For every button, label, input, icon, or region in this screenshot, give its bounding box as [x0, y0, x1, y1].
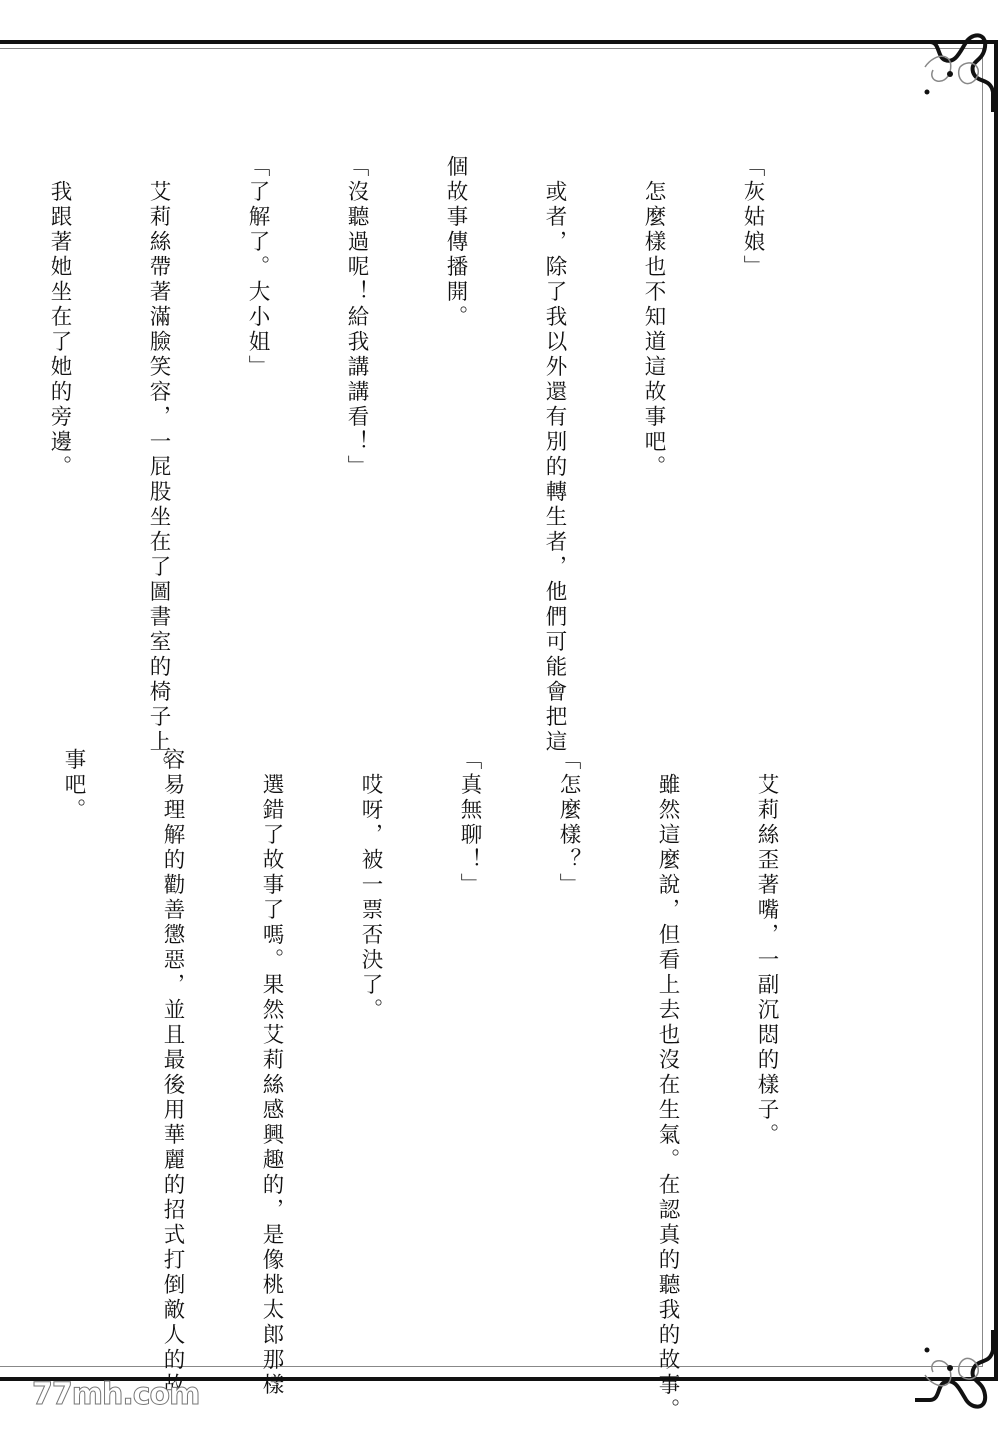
text-line: 「怎麼樣？」 [552, 748, 585, 1328]
text-line: 容易理解的勸善懲惡，並且最後用華麗的招式打倒敵人的故 [156, 748, 189, 1328]
text-line: 哎呀，被一票否決了。 [354, 748, 387, 1328]
text-line: 怎麼樣也不知道這故事吧。 [637, 155, 670, 715]
text-line: 雖然這麼說，但看上去也沒在生氣。在認真的聽我的故事。 [651, 748, 684, 1328]
text-line: 「灰姑娘」 [736, 155, 769, 715]
text-line: 「沒聽過呢！給我講講看！」 [340, 155, 373, 715]
bottom-text-block: 艾莉絲歪著嘴，一副沉悶的樣子。 雖然這麼說，但看上去也沒在生氣。在認真的聽我的故… [0, 748, 849, 1328]
text-line: 或者，除了我以外還有別的轉生者，他們可能會把這 [538, 155, 571, 715]
text-line: 艾莉絲帶著滿臉笑容，一屁股坐在了圖書室的椅子上。 [142, 155, 175, 715]
text-line: 「了解了。大小姐」 [241, 155, 274, 715]
corner-ornament-bottom-icon [915, 1330, 1005, 1420]
corner-ornament-top-icon [915, 22, 1005, 112]
text-line: 「真無聊！」 [453, 748, 486, 1328]
text-line: 我跟著她坐在了她的旁邊。 [43, 155, 76, 715]
text-line: 選錯了故事了嗎。果然艾莉絲感興趣的，是像桃太郎那樣 [255, 748, 288, 1328]
text-line: 個故事傳播開。 [439, 155, 472, 715]
top-text-block: 「灰姑娘」 怎麼樣也不知道這故事吧。 或者，除了我以外還有別的轉生者，他們可能會… [0, 155, 835, 715]
text-line: 事吧。 [57, 748, 90, 1328]
text-line: 艾莉絲歪著嘴，一副沉悶的樣子。 [750, 748, 783, 1328]
site-watermark: 77mh.com [32, 1377, 199, 1412]
